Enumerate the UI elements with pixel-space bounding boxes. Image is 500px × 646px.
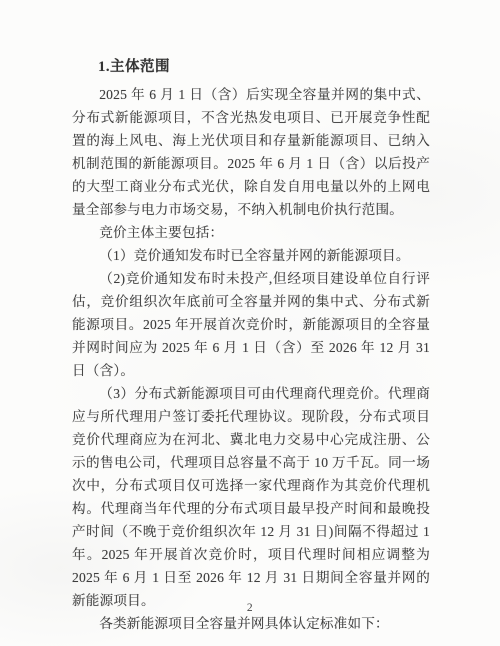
- paragraph-item-1: （1）竞价通知发布时已全容量并网的新能源项目。: [72, 244, 430, 267]
- paragraph-item-3: （3）分布式新能源项目可由代理商代理竞价。代理商应与所代理用户签订委托代理协议。…: [72, 382, 430, 612]
- paragraph-standards-intro: 各类新能源项目全容量并网具体认定标准如下：: [72, 612, 430, 635]
- page-number: 2: [0, 602, 500, 614]
- paragraph-item-2: （2)竞价通知发布时未投产,但经项目建设单位自行评估，竞价组织次年底前可全容量并…: [72, 267, 430, 382]
- paragraph-scope: 2025 年 6 月 1 日（含）后实现全容量并网的集中式、分布式新能源项目，不…: [72, 83, 430, 221]
- section-title: 1.主体范围: [72, 56, 430, 79]
- document-content: 1.主体范围 2025 年 6 月 1 日（含）后实现全容量并网的集中式、分布式…: [72, 56, 430, 635]
- document-page: 1.主体范围 2025 年 6 月 1 日（含）后实现全容量并网的集中式、分布式…: [0, 0, 500, 646]
- paragraph-bidders-intro: 竞价主体主要包括：: [72, 221, 430, 244]
